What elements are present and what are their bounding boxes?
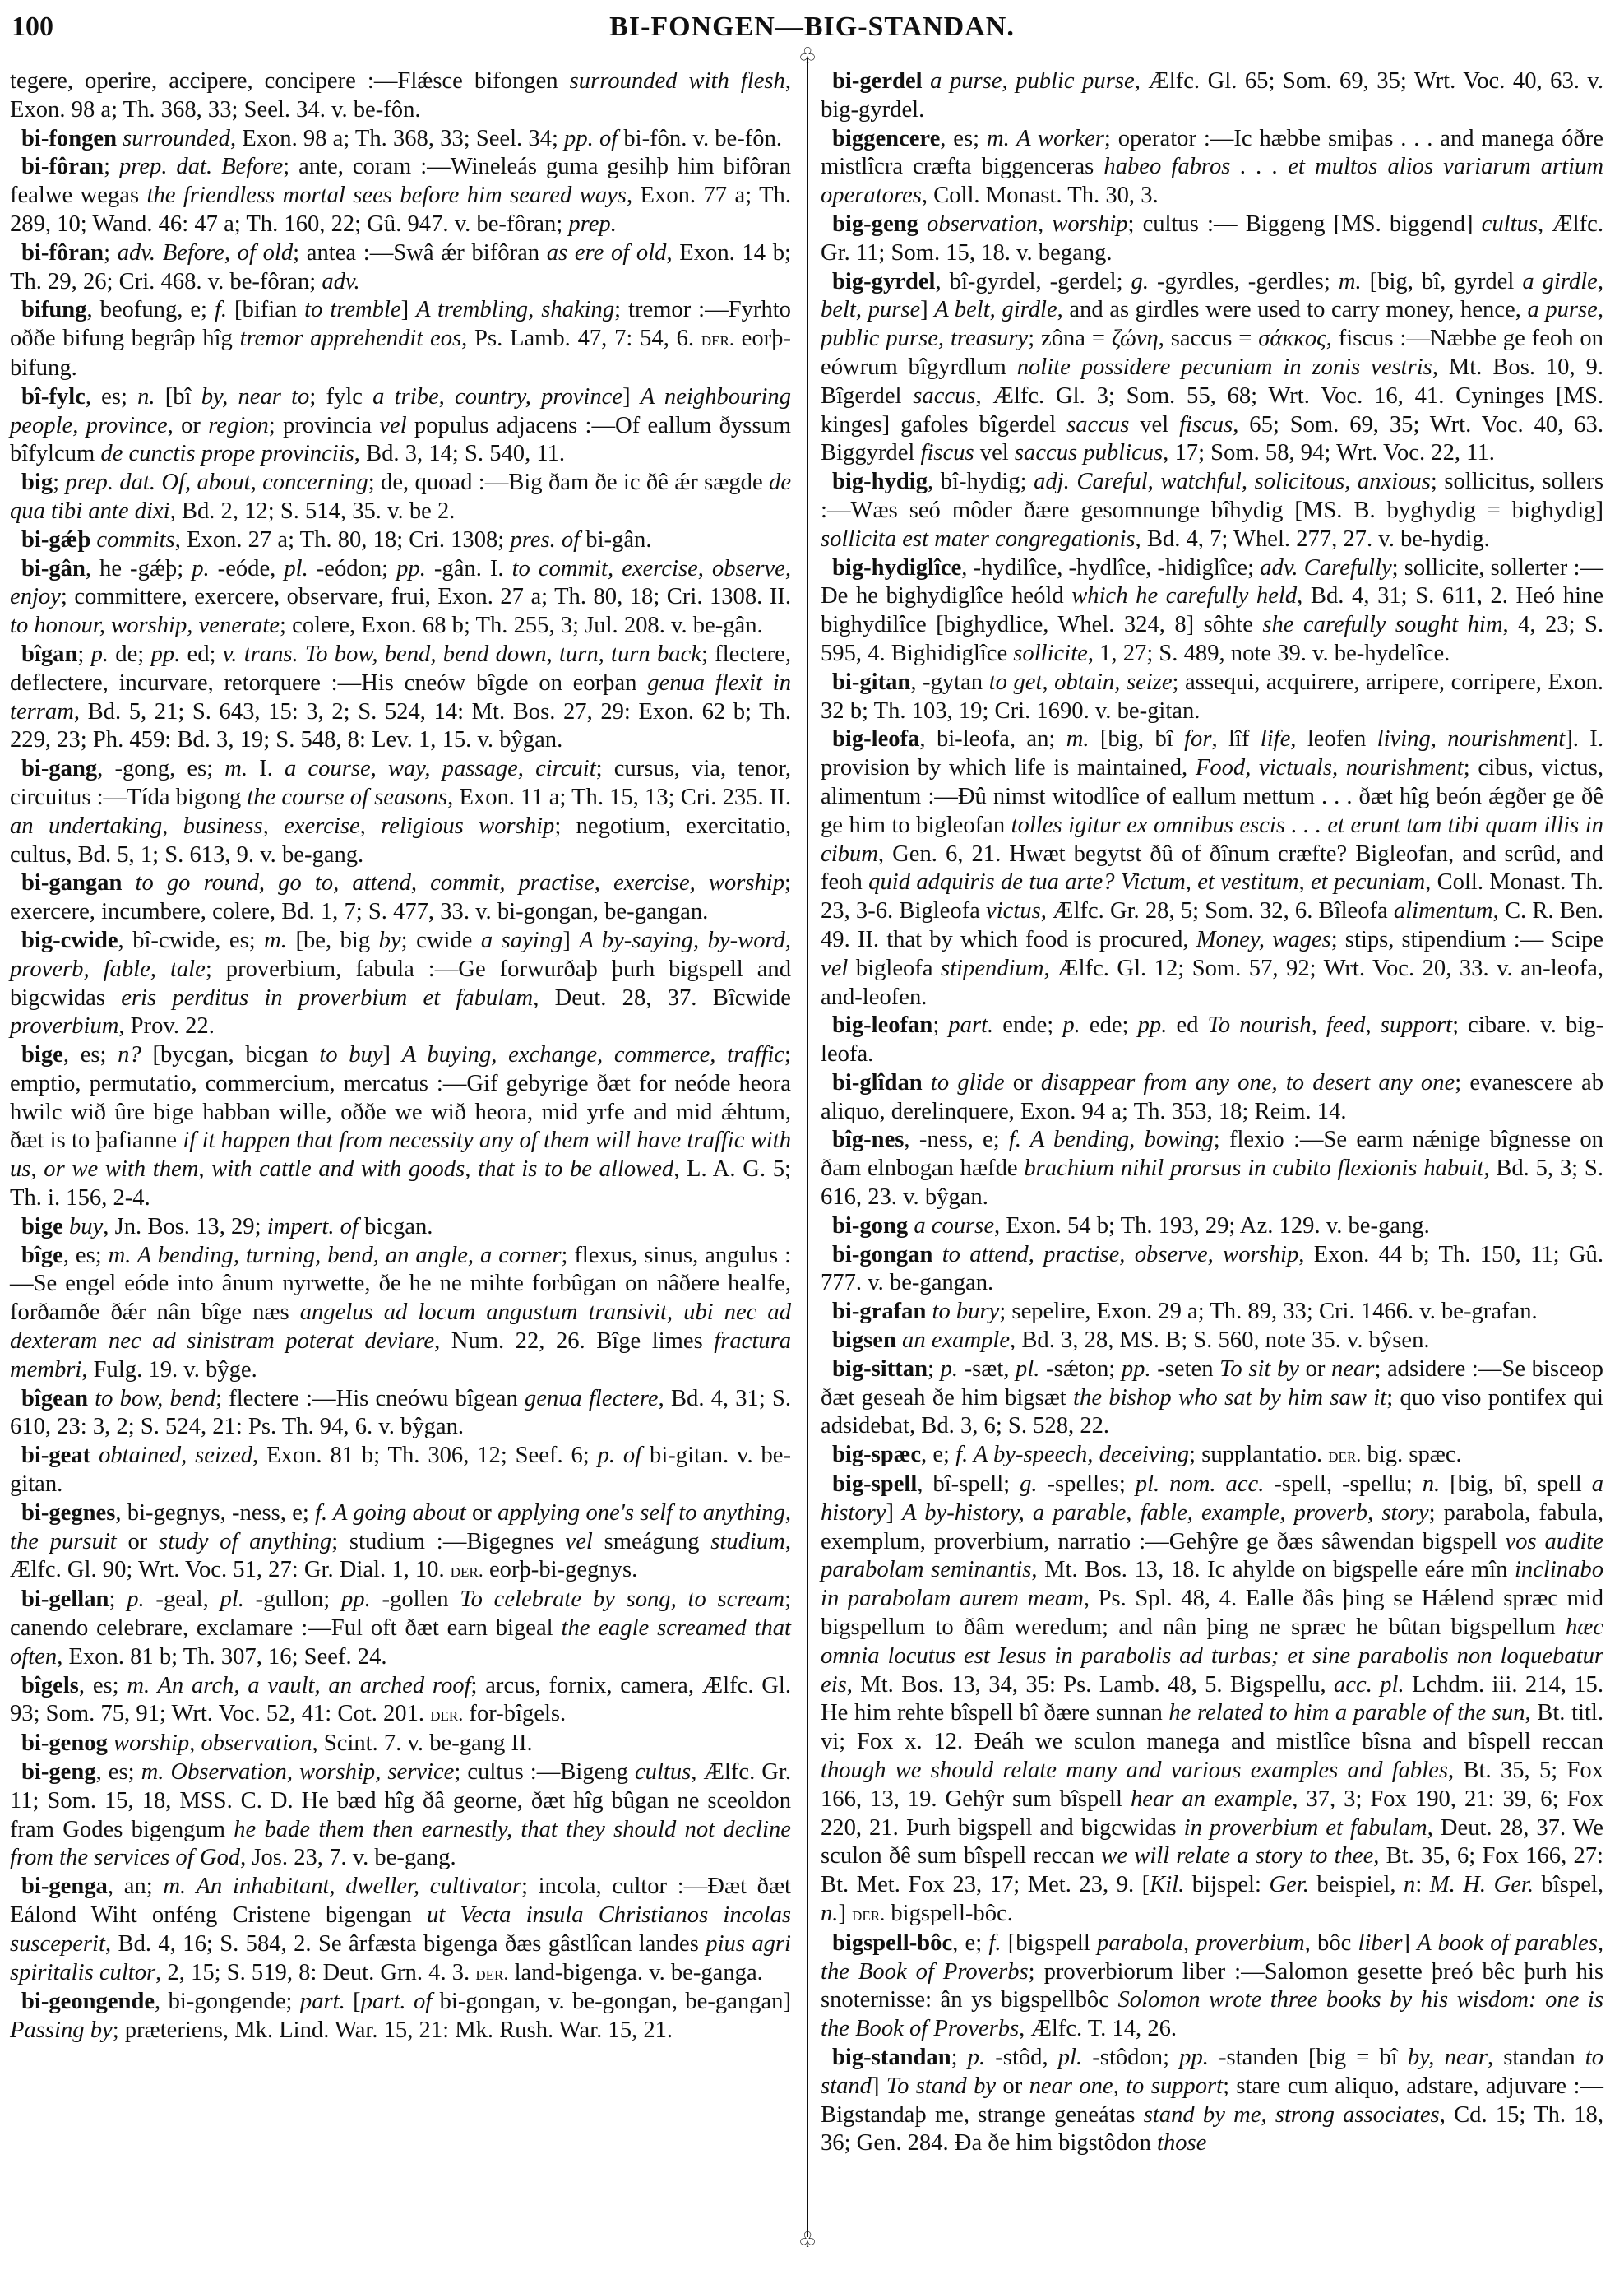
- headword: bi-fôran: [21, 154, 104, 179]
- entry-text: [big, bî, spell: [1440, 1471, 1592, 1497]
- entry-text: , Jos. 23, 7. v. be-gang.: [240, 1845, 456, 1870]
- italic-gloss: the friendless mortal sees before him se…: [147, 183, 627, 208]
- dictionary-entry: tegere, operire, accipere, concipere :—F…: [10, 67, 791, 125]
- italic-gloss: part.: [300, 1989, 345, 2014]
- entry-text: , Exon. 98 a; Th. 368, 33; Seel. 34;: [230, 126, 564, 151]
- entry-text: [90, 1443, 99, 1468]
- dictionary-entry: bi-geat obtained, seized, Exon. 81 b; Th…: [10, 1442, 791, 1499]
- entry-text: bigspell-bôc.: [885, 1901, 1013, 1926]
- entry-text: , Bd. 3, 28, MS. B; S. 560, note 35. v. …: [1010, 1327, 1430, 1353]
- italic-gloss: m.: [224, 756, 248, 781]
- headword: bi-gongan: [832, 1242, 932, 1267]
- italic-gloss: proverbium: [10, 1013, 118, 1039]
- entry-text: -sǽton;: [1039, 1356, 1121, 1382]
- italic-gloss: Passing by: [10, 2018, 113, 2043]
- italic-gloss: disappear from any one, to desert any on…: [1041, 1070, 1455, 1096]
- italic-gloss: A by-history, a parable, fable, example,…: [902, 1500, 1428, 1526]
- entry-text: der.: [1328, 1444, 1361, 1466]
- dictionary-entry: bi-gellan; p. -geal, pl. -gullon; pp. -g…: [10, 1586, 791, 1671]
- italic-gloss: pp.: [341, 1587, 371, 1612]
- entry-text: bijspel:: [1184, 1872, 1269, 1897]
- entry-text: , or: [168, 413, 209, 438]
- dictionary-entry: bîgean to bow, bend; flectere :—His cneó…: [10, 1385, 791, 1443]
- italic-gloss: observation, worship: [927, 211, 1127, 237]
- entry-text: [bifian: [227, 297, 304, 322]
- dictionary-entry: big-leofan; part. ende; p. ede; pp. ed T…: [821, 1012, 1603, 1069]
- italic-gloss: to tremble: [304, 297, 400, 322]
- entry-text: ed;: [180, 642, 222, 667]
- running-title: BI-FONGEN—BIG-STANDAN.: [12, 12, 1612, 43]
- entry-text: , Fulg. 19. v. bŷge.: [81, 1357, 257, 1383]
- dictionary-entry: bi-glîdan to glide or disappear from any…: [821, 1069, 1603, 1127]
- italic-gloss: g.: [1020, 1471, 1037, 1497]
- entry-text: [bigspell: [1002, 1930, 1098, 1956]
- dictionary-entry: bi-gongan to attend, practise, observe, …: [821, 1241, 1603, 1299]
- entry-text: :: [1415, 1872, 1429, 1897]
- entry-text: der.: [451, 1559, 483, 1582]
- entry-text: -eóde,: [210, 556, 285, 581]
- entry-text: , Bd. 5, 21; S. 643, 15: 3, 2; S. 524, 1…: [10, 699, 791, 753]
- italic-gloss: adv. Before, of old: [118, 240, 293, 266]
- headword: big-leofa: [832, 726, 919, 752]
- italic-gloss: pp.: [1138, 1012, 1168, 1038]
- headword: bi-gong: [832, 1213, 908, 1239]
- entry-text: , Mt. Bos. 13, 18. Ic ahylde on bigspell…: [1031, 1557, 1515, 1582]
- italic-gloss: study of anything: [159, 1529, 331, 1554]
- dictionary-entry: big-spell, bî-spell; g. -spelles; pl. no…: [821, 1471, 1603, 1929]
- entry-text: [923, 68, 931, 94]
- entry-text: -spelles;: [1038, 1471, 1136, 1497]
- italic-gloss: pres. of: [510, 527, 580, 553]
- dictionary-entry: bi-gangan to go round, go to, attend, co…: [10, 869, 791, 927]
- entry-text: , Deut. 28, 37. Bîcwide: [533, 985, 791, 1011]
- dictionary-entry: bîge, es; m. A bending, turning, bend, a…: [10, 1242, 791, 1385]
- entry-text: -gollen: [371, 1587, 460, 1612]
- italic-gloss: worship, observation: [113, 1730, 312, 1756]
- italic-gloss: a saying: [481, 928, 562, 953]
- entry-text: ;: [109, 1587, 127, 1612]
- entry-text: , Prov. 22.: [118, 1013, 215, 1039]
- italic-gloss: n.: [137, 384, 155, 410]
- italic-gloss: v. trans. To bow, bend, bend down, turn,…: [223, 642, 701, 667]
- italic-gloss: m. An inhabitant, dweller, cultivator: [163, 1874, 521, 1899]
- entry-text: or: [117, 1529, 159, 1554]
- dictionary-entry: bigsen an example, Bd. 3, 28, MS. B; S. …: [821, 1327, 1603, 1355]
- italic-gloss: to get, obtain, seize: [989, 669, 1173, 695]
- italic-gloss: Food, victuals, nourishment: [1196, 755, 1464, 781]
- italic-gloss: To stand by: [886, 2073, 996, 2099]
- entry-text: [: [345, 1989, 361, 2014]
- italic-gloss: by, near to: [201, 384, 310, 410]
- dictionary-entry: bi-gitan, -gytan to get, obtain, seize; …: [821, 669, 1603, 726]
- italic-gloss: as ere of old: [547, 240, 667, 266]
- entry-text: -gân. I.: [426, 556, 512, 581]
- entry-text: [918, 211, 927, 237]
- italic-gloss: surrounded: [123, 126, 230, 151]
- entry-text: -spell, -spellu;: [1264, 1471, 1422, 1497]
- italic-gloss: pl.: [284, 556, 308, 581]
- headword: big: [21, 470, 53, 495]
- italic-gloss: Kil.: [1150, 1872, 1184, 1897]
- entry-text: ]: [383, 1042, 402, 1068]
- dictionary-entry: big-standan; p. -stôd, pl. -stôdon; pp. …: [821, 2044, 1603, 2158]
- entry-text: ; provincia: [269, 413, 380, 438]
- italic-gloss: part. of: [361, 1989, 432, 2014]
- italic-gloss: f.: [215, 297, 227, 322]
- entry-text: , Exon. 27 a; Th. 80, 18; Cri. 1308;: [175, 527, 511, 553]
- italic-gloss: eris perditus in proverbium et fabulam: [121, 985, 533, 1011]
- dictionary-entry: big-spæc, e; f. A by-speech, deceiving; …: [821, 1441, 1603, 1471]
- headword: bi-grafan: [832, 1299, 926, 1324]
- dictionary-entry: bige buy, Jn. Bos. 13, 29; impert. of bi…: [10, 1213, 791, 1242]
- italic-gloss: quid adquiris de tua arte? Victum, et ve…: [868, 869, 1425, 895]
- italic-gloss: Money, wages: [1196, 927, 1331, 952]
- entry-text: ; fylc: [309, 384, 372, 410]
- entry-text: , es;: [63, 1042, 118, 1068]
- italic-gloss: m. Observation, worship, service: [141, 1759, 455, 1785]
- dictionary-entry: bi-geng, es; m. Observation, worship, se…: [10, 1758, 791, 1873]
- italic-gloss: de cunctis prope provinciis: [100, 441, 354, 466]
- entry-text: , bi-leofa, an;: [919, 726, 1066, 752]
- entry-text: big. spæc.: [1361, 1442, 1461, 1467]
- entry-text: , saccus =: [1159, 326, 1259, 351]
- column-divider: [807, 58, 808, 2237]
- italic-gloss: he related to him a parable of the sun: [1168, 1700, 1525, 1726]
- headword: bîgan: [21, 642, 77, 667]
- italic-gloss: parabola, proverbium: [1097, 1930, 1305, 1956]
- dictionary-entry: bi-gerdel a purse, public purse, Ælfc. G…: [821, 67, 1603, 125]
- entry-text: , Exon. 81 b; Th. 306, 12; Seef. 6;: [252, 1443, 598, 1468]
- headword: bigspell-bôc: [832, 1930, 952, 1956]
- entry-text: or: [1299, 1356, 1331, 1382]
- entry-text: der.: [475, 1962, 508, 1985]
- italic-gloss: by: [379, 928, 401, 953]
- entry-text: [88, 1386, 95, 1411]
- italic-gloss: by, near: [1408, 2045, 1488, 2070]
- entry-text: , standan: [1488, 2045, 1585, 2070]
- italic-gloss: pl.: [1058, 2045, 1082, 2070]
- dictionary-entry: big-hydiglîce, -hydilîce, -hydlîce, -hid…: [821, 554, 1603, 669]
- dictionary-entry: big-cwide, bî-cwide, es; m. [be, big by;…: [10, 927, 791, 1041]
- italic-gloss: adv.: [322, 269, 359, 294]
- italic-gloss: to glide: [931, 1070, 1005, 1096]
- dictionary-entry: big-geng observation, worship; cultus :—…: [821, 211, 1603, 268]
- italic-gloss: a purse, public purse: [930, 68, 1135, 94]
- italic-gloss: commits: [96, 527, 174, 553]
- entry-text: , and as girdles were used to carry mone…: [1057, 297, 1528, 322]
- italic-gloss: m. An arch, a vault, an arched roof: [127, 1673, 470, 1698]
- entry-text: , Bd. 3, 14; S. 540, 11.: [354, 441, 565, 466]
- entry-text: bicgan.: [359, 1214, 433, 1239]
- entry-text: , Bd. 4, 7; Whel. 277, 27. v. be-hydig.: [1136, 526, 1490, 552]
- italic-gloss: a course: [914, 1213, 994, 1239]
- entry-text: , e;: [952, 1930, 988, 1956]
- italic-gloss: life: [1261, 726, 1291, 752]
- dictionary-entry: bî-fylc, es; n. [bî by, near to; fylc a …: [10, 383, 791, 469]
- italic-gloss: pp.: [396, 556, 426, 581]
- entry-text: smeágung: [593, 1529, 710, 1554]
- entry-text: or: [1005, 1070, 1041, 1096]
- entry-text: or: [466, 1500, 497, 1526]
- italic-gloss: f. A by-speech, deceiving: [955, 1442, 1189, 1467]
- entry-text: [896, 1327, 902, 1353]
- headword: bîge: [21, 1243, 63, 1268]
- italic-gloss: a tribe, country, province: [372, 384, 622, 410]
- entry-text: ]: [838, 1901, 852, 1926]
- italic-gloss: surrounded with flesh: [570, 68, 785, 94]
- dictionary-entry: bi-grafan to bury; sepelire, Exon. 29 a;…: [821, 1298, 1603, 1327]
- entry-text: , lîf: [1211, 726, 1260, 752]
- entry-text: , -hydilîce, -hydlîce, -hidiglîce;: [961, 555, 1260, 581]
- entry-text: [be, big: [287, 928, 379, 953]
- italic-gloss: vel: [821, 956, 848, 981]
- entry-text: , -gong, es;: [97, 756, 224, 781]
- left-column: tegere, operire, accipere, concipere :—F…: [10, 67, 791, 2045]
- headword: bi-gerdel: [832, 68, 923, 94]
- entry-text: der.: [852, 1903, 885, 1925]
- entry-text: , es;: [96, 1759, 141, 1785]
- entry-text: [bycgan, bicgan: [141, 1042, 320, 1068]
- entry-text: bi-gongan, v. be-gongan, be-gangan]: [432, 1989, 791, 2014]
- italic-gloss: prep.: [568, 211, 617, 237]
- italic-gloss: victus: [986, 898, 1041, 924]
- italic-gloss: m.: [1066, 726, 1090, 752]
- italic-gloss: pl. nom. acc.: [1136, 1471, 1265, 1497]
- dictionary-entry: bi-gang, -gong, es; m. I. a course, way,…: [10, 755, 791, 869]
- entry-text: der.: [430, 1703, 463, 1726]
- dictionary-entry: bîg-nes, -ness, e; f. A bending, bowing;…: [821, 1126, 1603, 1211]
- italic-gloss: an undertaking, business, exercise, reli…: [10, 813, 554, 839]
- headword: big-leofan: [832, 1012, 932, 1038]
- entry-text: ; flectere :—His cneówu bîgean: [215, 1386, 525, 1411]
- entry-text: tegere, operire, accipere, concipere :—F…: [10, 68, 570, 94]
- entry-text: der.: [701, 328, 734, 350]
- italic-gloss: impert. of: [267, 1214, 359, 1239]
- italic-gloss: vel: [566, 1529, 593, 1554]
- entry-text: bi-gân.: [580, 527, 651, 553]
- italic-gloss: To celebrate by song, to scream: [460, 1587, 784, 1612]
- entry-text: ; committere, exercere, observare, frui,…: [61, 584, 791, 609]
- headword: bige: [21, 1042, 63, 1068]
- headword: bi-geng: [21, 1759, 96, 1785]
- entry-text: , bî-spell;: [917, 1471, 1020, 1497]
- italic-gloss: to honour, worship, venerate: [10, 613, 280, 638]
- entry-text: ; sepelire, Exon. 29 a; Th. 89, 33; Cri.…: [999, 1299, 1537, 1324]
- italic-gloss: n: [1404, 1872, 1415, 1897]
- headword: bi-gân: [21, 556, 86, 581]
- entry-text: , he -gǽþ;: [86, 556, 192, 581]
- italic-gloss: g.: [1131, 269, 1149, 294]
- entry-text: ;: [53, 470, 65, 495]
- entry-text: ]: [872, 2073, 886, 2099]
- italic-gloss: f. A going about: [315, 1500, 466, 1526]
- entry-text: ; colere, Exon. 68 b; Th. 255, 3; Jul. 2…: [280, 613, 763, 638]
- italic-gloss: those: [1157, 2130, 1206, 2156]
- entry-text: [932, 1242, 942, 1267]
- headword: big-spæc: [832, 1442, 921, 1467]
- italic-gloss: f. A bending, bowing: [1009, 1127, 1214, 1152]
- dictionary-entry: bîgan; p. de; pp. ed; v. trans. To bow, …: [10, 641, 791, 755]
- entry-text: for-bîgels.: [463, 1701, 566, 1726]
- italic-gloss: to go round, go to, attend, commit, prac…: [136, 870, 785, 896]
- italic-gloss: saccus publicus: [1015, 440, 1163, 466]
- italic-gloss: n.: [1423, 1471, 1440, 1497]
- right-column: bi-gerdel a purse, public purse, Ælfc. G…: [821, 67, 1603, 2158]
- entry-text: eorþ-bi-gegnys.: [483, 1557, 637, 1582]
- italic-gloss: fiscus: [1179, 412, 1233, 438]
- entry-text: , bi-gongende;: [155, 1989, 300, 2014]
- italic-gloss: A buying, exchange, commerce, traffic: [402, 1042, 784, 1068]
- italic-gloss: we will relate a story to thee: [1101, 1843, 1373, 1869]
- entry-text: [big, bî, gyrdel: [1362, 269, 1523, 294]
- entry-text: ]: [562, 928, 579, 953]
- italic-gloss: which he carefully held: [1071, 583, 1297, 609]
- entry-text: or: [996, 2073, 1029, 2099]
- dictionary-entry: bi-gong a course, Exon. 54 b; Th. 193, 2…: [821, 1212, 1603, 1241]
- italic-gloss: genua flectere: [525, 1386, 659, 1411]
- entry-text: ; cultus :— Biggeng [MS. biggend]: [1127, 211, 1481, 237]
- italic-gloss: pl.: [1016, 1356, 1039, 1382]
- italic-gloss: hear an example: [1131, 1786, 1292, 1812]
- entry-text: , es;: [63, 1243, 109, 1268]
- dictionary-entry: bi-fongen surrounded, Exon. 98 a; Th. 36…: [10, 125, 791, 154]
- entry-text: , 1, 27; S. 489, note 39. v. be-hydelîce…: [1088, 641, 1450, 666]
- entry-text: ]: [622, 384, 641, 410]
- italic-gloss: M. H. Ger.: [1430, 1872, 1534, 1897]
- entry-text: , bî-hydig;: [928, 469, 1034, 494]
- italic-gloss: To sit by: [1219, 1356, 1299, 1382]
- entry-text: , es;: [86, 384, 137, 410]
- entry-text: , an;: [108, 1874, 164, 1899]
- entry-text: , Exon. 54 b; Th. 193, 29; Az. 129. v. b…: [994, 1213, 1430, 1239]
- entry-text: , Jn. Bos. 13, 29;: [103, 1214, 266, 1239]
- italic-gloss: for: [1184, 726, 1211, 752]
- italic-gloss: prep. dat. Before: [119, 154, 283, 179]
- entry-text: , e;: [921, 1442, 955, 1467]
- dictionary-entry: bi-gân, he -gǽþ; p. -eóde, pl. -eódon; p…: [10, 555, 791, 641]
- entry-text: ede;: [1080, 1012, 1138, 1038]
- entry-text: -sæt,: [958, 1356, 1016, 1382]
- italic-gloss: pp.: [151, 642, 181, 667]
- entry-text: , 2, 15; S. 519, 8: Deut. Grn. 4. 3.: [155, 1960, 475, 1985]
- headword: big-gyrdel: [832, 269, 936, 294]
- italic-gloss: to bow, bend: [95, 1386, 215, 1411]
- entry-text: , bôc: [1305, 1930, 1358, 1956]
- entry-text: , es;: [940, 126, 987, 151]
- italic-gloss: to buy: [319, 1042, 382, 1068]
- entry-text: -gyrdles, -gerdles;: [1149, 269, 1339, 294]
- headword: bifung: [21, 297, 86, 322]
- headword: big-standan: [832, 2045, 951, 2070]
- italic-gloss: to attend, practise, observe, worship: [942, 1242, 1299, 1267]
- italic-gloss: tremor apprehendit eos: [240, 326, 462, 351]
- entry-text: -geal,: [145, 1587, 220, 1612]
- headword: big-spell: [832, 1471, 917, 1497]
- italic-gloss: she carefully sought him: [1262, 612, 1502, 637]
- italic-gloss: f.: [988, 1930, 1001, 1956]
- column-ornament-bottom-icon: ♧: [798, 2231, 817, 2250]
- entry-text: bigleofa: [848, 956, 941, 981]
- italic-gloss: near: [1331, 1356, 1374, 1382]
- entry-text: [63, 1214, 69, 1239]
- dictionary-entry: biggencere, es; m. A worker; operator :—…: [821, 125, 1603, 211]
- entry-text: ; studium :—Bigegnes: [331, 1529, 565, 1554]
- entry-text: I.: [248, 756, 285, 781]
- italic-gloss: Ger.: [1269, 1872, 1308, 1897]
- headword: bi-gǽþ: [21, 527, 90, 553]
- entry-text: , Ælfc. T. 14, 26.: [1019, 2016, 1177, 2041]
- dictionary-entry: bifung, beofung, e; f. [bifian to trembl…: [10, 296, 791, 382]
- italic-gloss: p.: [91, 642, 109, 667]
- italic-gloss: σάκκος: [1258, 326, 1326, 351]
- entry-text: , Ælfc. Gr. 28, 5; Som. 32, 6. Bîleofa: [1041, 898, 1394, 924]
- page-header: 100 BI-FONGEN—BIG-STANDAN.: [12, 7, 1612, 46]
- entry-text: ;: [104, 154, 119, 179]
- italic-gloss: fiscus: [921, 440, 974, 466]
- dictionary-entry: bi-fôran; prep. dat. Before; ante, coram…: [10, 153, 791, 239]
- entry-text: ;: [951, 2045, 968, 2070]
- dictionary-entry: bi-genga, an; m. An inhabitant, dweller,…: [10, 1873, 791, 1988]
- headword: big-sittan: [832, 1356, 928, 1382]
- italic-gloss: obtained, seized: [99, 1443, 252, 1468]
- entry-text: [108, 1730, 113, 1756]
- italic-gloss: an example: [902, 1327, 1010, 1353]
- italic-gloss: part.: [948, 1012, 993, 1038]
- headword: big-cwide: [21, 928, 118, 953]
- italic-gloss: stipendium: [941, 956, 1044, 981]
- italic-gloss: cultus: [1482, 211, 1538, 237]
- entry-text: ; cwide: [401, 928, 481, 953]
- headword: bi-gegnes: [21, 1500, 115, 1526]
- entry-text: , Bd. 4, 16; S. 584, 2. Se ârfæsta bigen…: [105, 1931, 706, 1957]
- italic-gloss: n.: [821, 1901, 838, 1926]
- italic-gloss: nolite possidere pecuniam in zonis vestr…: [1017, 354, 1432, 380]
- dictionary-entry: bi-geongende, bi-gongende; part. [part. …: [10, 1988, 791, 2045]
- headword: bîgels: [21, 1673, 79, 1698]
- dictionary-entry: bigspell-bôc, e; f. [bigspell parabola, …: [821, 1929, 1603, 2044]
- entry-text: -seten: [1151, 1356, 1220, 1382]
- entry-text: , Exon. 81 b; Th. 307, 16; Seef. 24.: [57, 1644, 386, 1670]
- entry-text: , Ps. Lamb. 47, 7: 54, 6.: [461, 326, 701, 351]
- headword: bi-geongende: [21, 1989, 155, 2014]
- entry-text: de;: [109, 642, 150, 667]
- entry-text: ; cultus :—Bigeng: [454, 1759, 635, 1785]
- headword: bîg-nes: [832, 1127, 904, 1152]
- entry-text: bi-fôn. v. be-fôn.: [618, 126, 782, 151]
- dictionary-entry: bi-gǽþ commits, Exon. 27 a; Th. 80, 18; …: [10, 526, 791, 555]
- italic-gloss: m. A bending, turning, bend, an angle, a…: [109, 1243, 562, 1268]
- italic-gloss: p.: [192, 556, 209, 581]
- entry-text: ;: [77, 642, 90, 667]
- entry-text: , leofen: [1290, 726, 1376, 752]
- entry-text: beispiel,: [1309, 1872, 1404, 1897]
- headword: bi-genog: [21, 1730, 108, 1756]
- italic-gloss: the course of seasons: [247, 785, 447, 810]
- entry-text: ende;: [993, 1012, 1062, 1038]
- entry-text: ;: [932, 1012, 948, 1038]
- entry-text: , -gytan: [910, 669, 988, 695]
- headword: biggencere: [832, 126, 940, 151]
- headword: bî-fylc: [21, 384, 86, 410]
- headword: bige: [21, 1214, 63, 1239]
- headword: bi-gang: [21, 756, 97, 781]
- entry-text: ]: [920, 297, 934, 322]
- italic-gloss: studium: [710, 1529, 785, 1554]
- dictionary-entry: big; prep. dat. Of, about, concerning; d…: [10, 469, 791, 526]
- italic-gloss: liber: [1358, 1930, 1403, 1956]
- italic-gloss: though we should relate many and various…: [821, 1758, 1448, 1783]
- italic-gloss: acc. pl.: [1334, 1672, 1404, 1698]
